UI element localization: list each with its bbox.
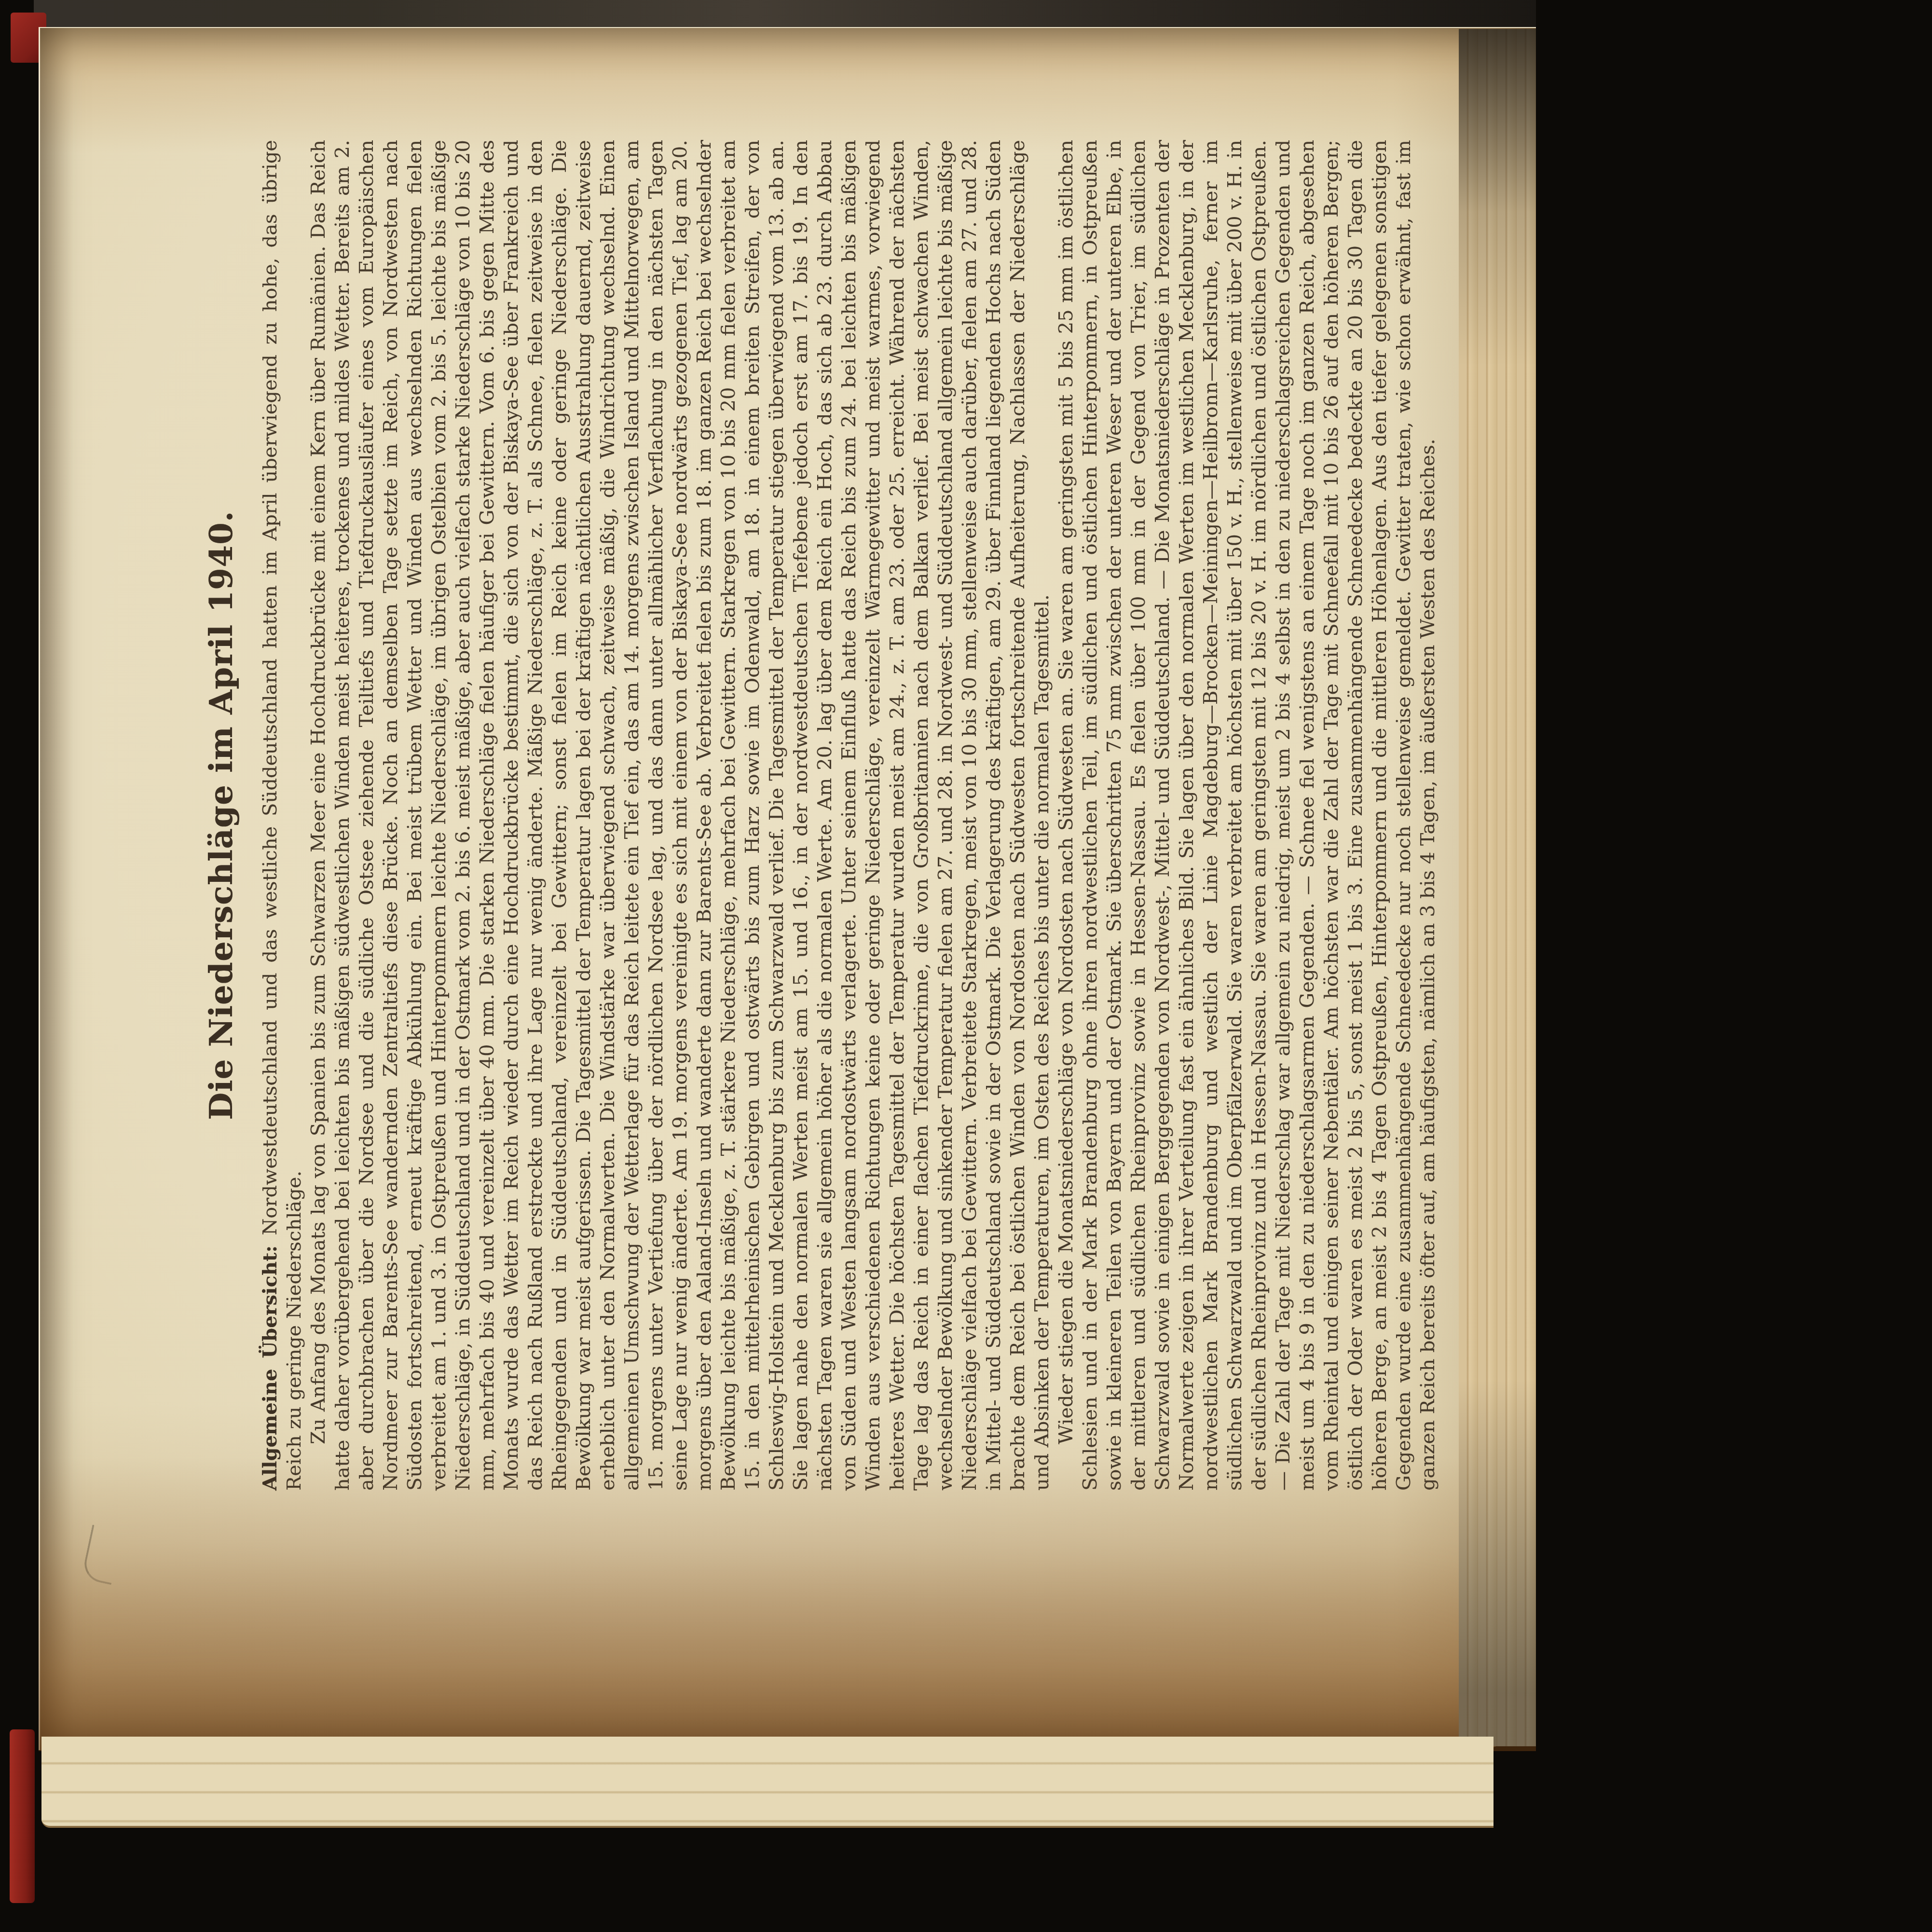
pencil-mark xyxy=(81,1525,123,1585)
book-photo: { "document": { "kind": "scanned book pa… xyxy=(0,0,1536,1932)
paragraph-weather-course: Zu Anfang des Monats lag von Spanien bis… xyxy=(306,140,1054,1491)
page: Die Niederschläge im April 1940. Allgeme… xyxy=(39,27,1536,1750)
fore-edge-pages xyxy=(1459,29,1536,1746)
paragraph-overview-lead: Allgemeine Übersicht: xyxy=(259,1246,281,1491)
page-text-rotated: Die Niederschläge im April 1940. Allgeme… xyxy=(203,140,1440,1491)
paragraph-monthly-totals: Wieder stiegen die Monatsniederschläge v… xyxy=(1054,140,1440,1491)
under-page-edges xyxy=(41,1737,1494,1828)
page-title: Die Niederschläge im April 1940. xyxy=(203,140,239,1491)
top-page-edges xyxy=(34,0,1536,29)
red-binding-accent-bottom xyxy=(10,1729,35,1903)
paragraph-overview: Allgemeine Übersicht: Nordwestdeutschlan… xyxy=(258,140,306,1491)
